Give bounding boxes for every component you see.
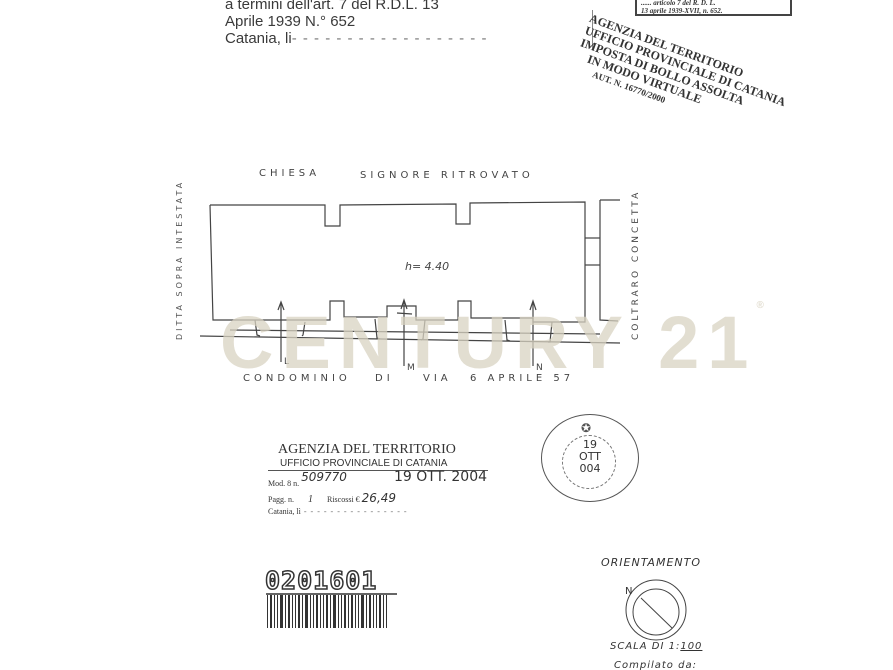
north-indicator: N [625,586,632,597]
agenzia-stamp: AGENZIA DEL TERRITORIO UFFICIO PROVINCIA… [268,442,488,516]
height-note: h= 4.40 [405,260,449,273]
emblem-star-icon: ✪ [581,421,591,435]
catania-label: Catania, lì [268,507,301,516]
watermark-text: CENTURY 21 [220,301,756,384]
barcode-bar [326,595,328,628]
round-stamp-year: 004 [542,463,638,475]
barcode-bar [333,595,336,628]
barcode-bar [270,595,272,628]
barcode-bar [369,595,371,628]
barcode-bar [267,595,268,628]
barcode-bar [310,595,311,628]
barcode-bar [351,595,353,628]
compiled-by-label: Compilato da: [614,660,697,670]
barcode-bar [376,595,377,628]
century21-watermark: CENTURY 21® [220,300,764,385]
scale-row: SCALA DI 1:100 [610,641,702,652]
barcode-bar [361,595,364,628]
agenzia-date: 19 OTT. 2004 [394,469,487,485]
barcode-bar [358,595,359,628]
mod-label: Mod. 8 n. [268,479,299,488]
agenzia-catania-row: Catania, lì - - - - - - - - - - - - - - … [268,507,488,516]
barcode-bar [298,595,300,628]
barcode-bar [348,595,349,628]
orientation-title: ORIENTAMENTO [601,556,701,569]
barcode-bar [344,595,346,628]
barcode-bar [330,595,331,628]
barcode-bar [383,595,384,628]
watermark-registered-mark: ® [756,300,763,311]
barcode-bar [292,595,293,628]
barcode-bar [386,595,387,628]
round-stamp-date: 19 OTT 004 [542,439,638,475]
barcode-bar [302,595,303,628]
agenzia-title: AGENZIA DEL TERRITORIO [268,442,488,458]
agenzia-pagg-row: Pagg. n. 1 Riscossi € 26,49 [268,491,488,505]
barcode-bar [280,595,283,628]
barcode-bar [366,595,367,628]
barcode-number: 0201601 [265,566,377,595]
barcode-bar [373,595,374,628]
barcode-bar [288,595,290,628]
barcode [267,595,397,628]
mod-value: 509770 [301,470,347,484]
barcode-bar [379,595,381,628]
barcode-bar [338,595,339,628]
pagg-value: 1 [296,494,325,505]
barcode-bar [274,595,275,628]
barcode-bar [305,595,308,628]
barcode-bar [323,595,324,628]
agenzia-mod-row: Mod. 8 n. 509770 19 OTT. 2004 [268,475,488,489]
barcode-bar [277,595,278,628]
riscossi-value: 26,49 [362,491,396,505]
round-date-stamp: ✪ 19 OTT 004 [541,414,639,502]
barcode-bar [320,595,321,628]
pagg-label: Pagg. n. [268,495,294,504]
barcode-bar [316,595,318,628]
barcode-bar [313,595,314,628]
barcode-bar [295,595,296,628]
barcode-bar [285,595,286,628]
barcode-bar [355,595,356,628]
barcode-bar [341,595,342,628]
riscossi-label: Riscossi € [327,495,360,504]
scale-value: 100 [680,641,702,652]
scale-label: SCALA DI 1: [610,641,680,652]
